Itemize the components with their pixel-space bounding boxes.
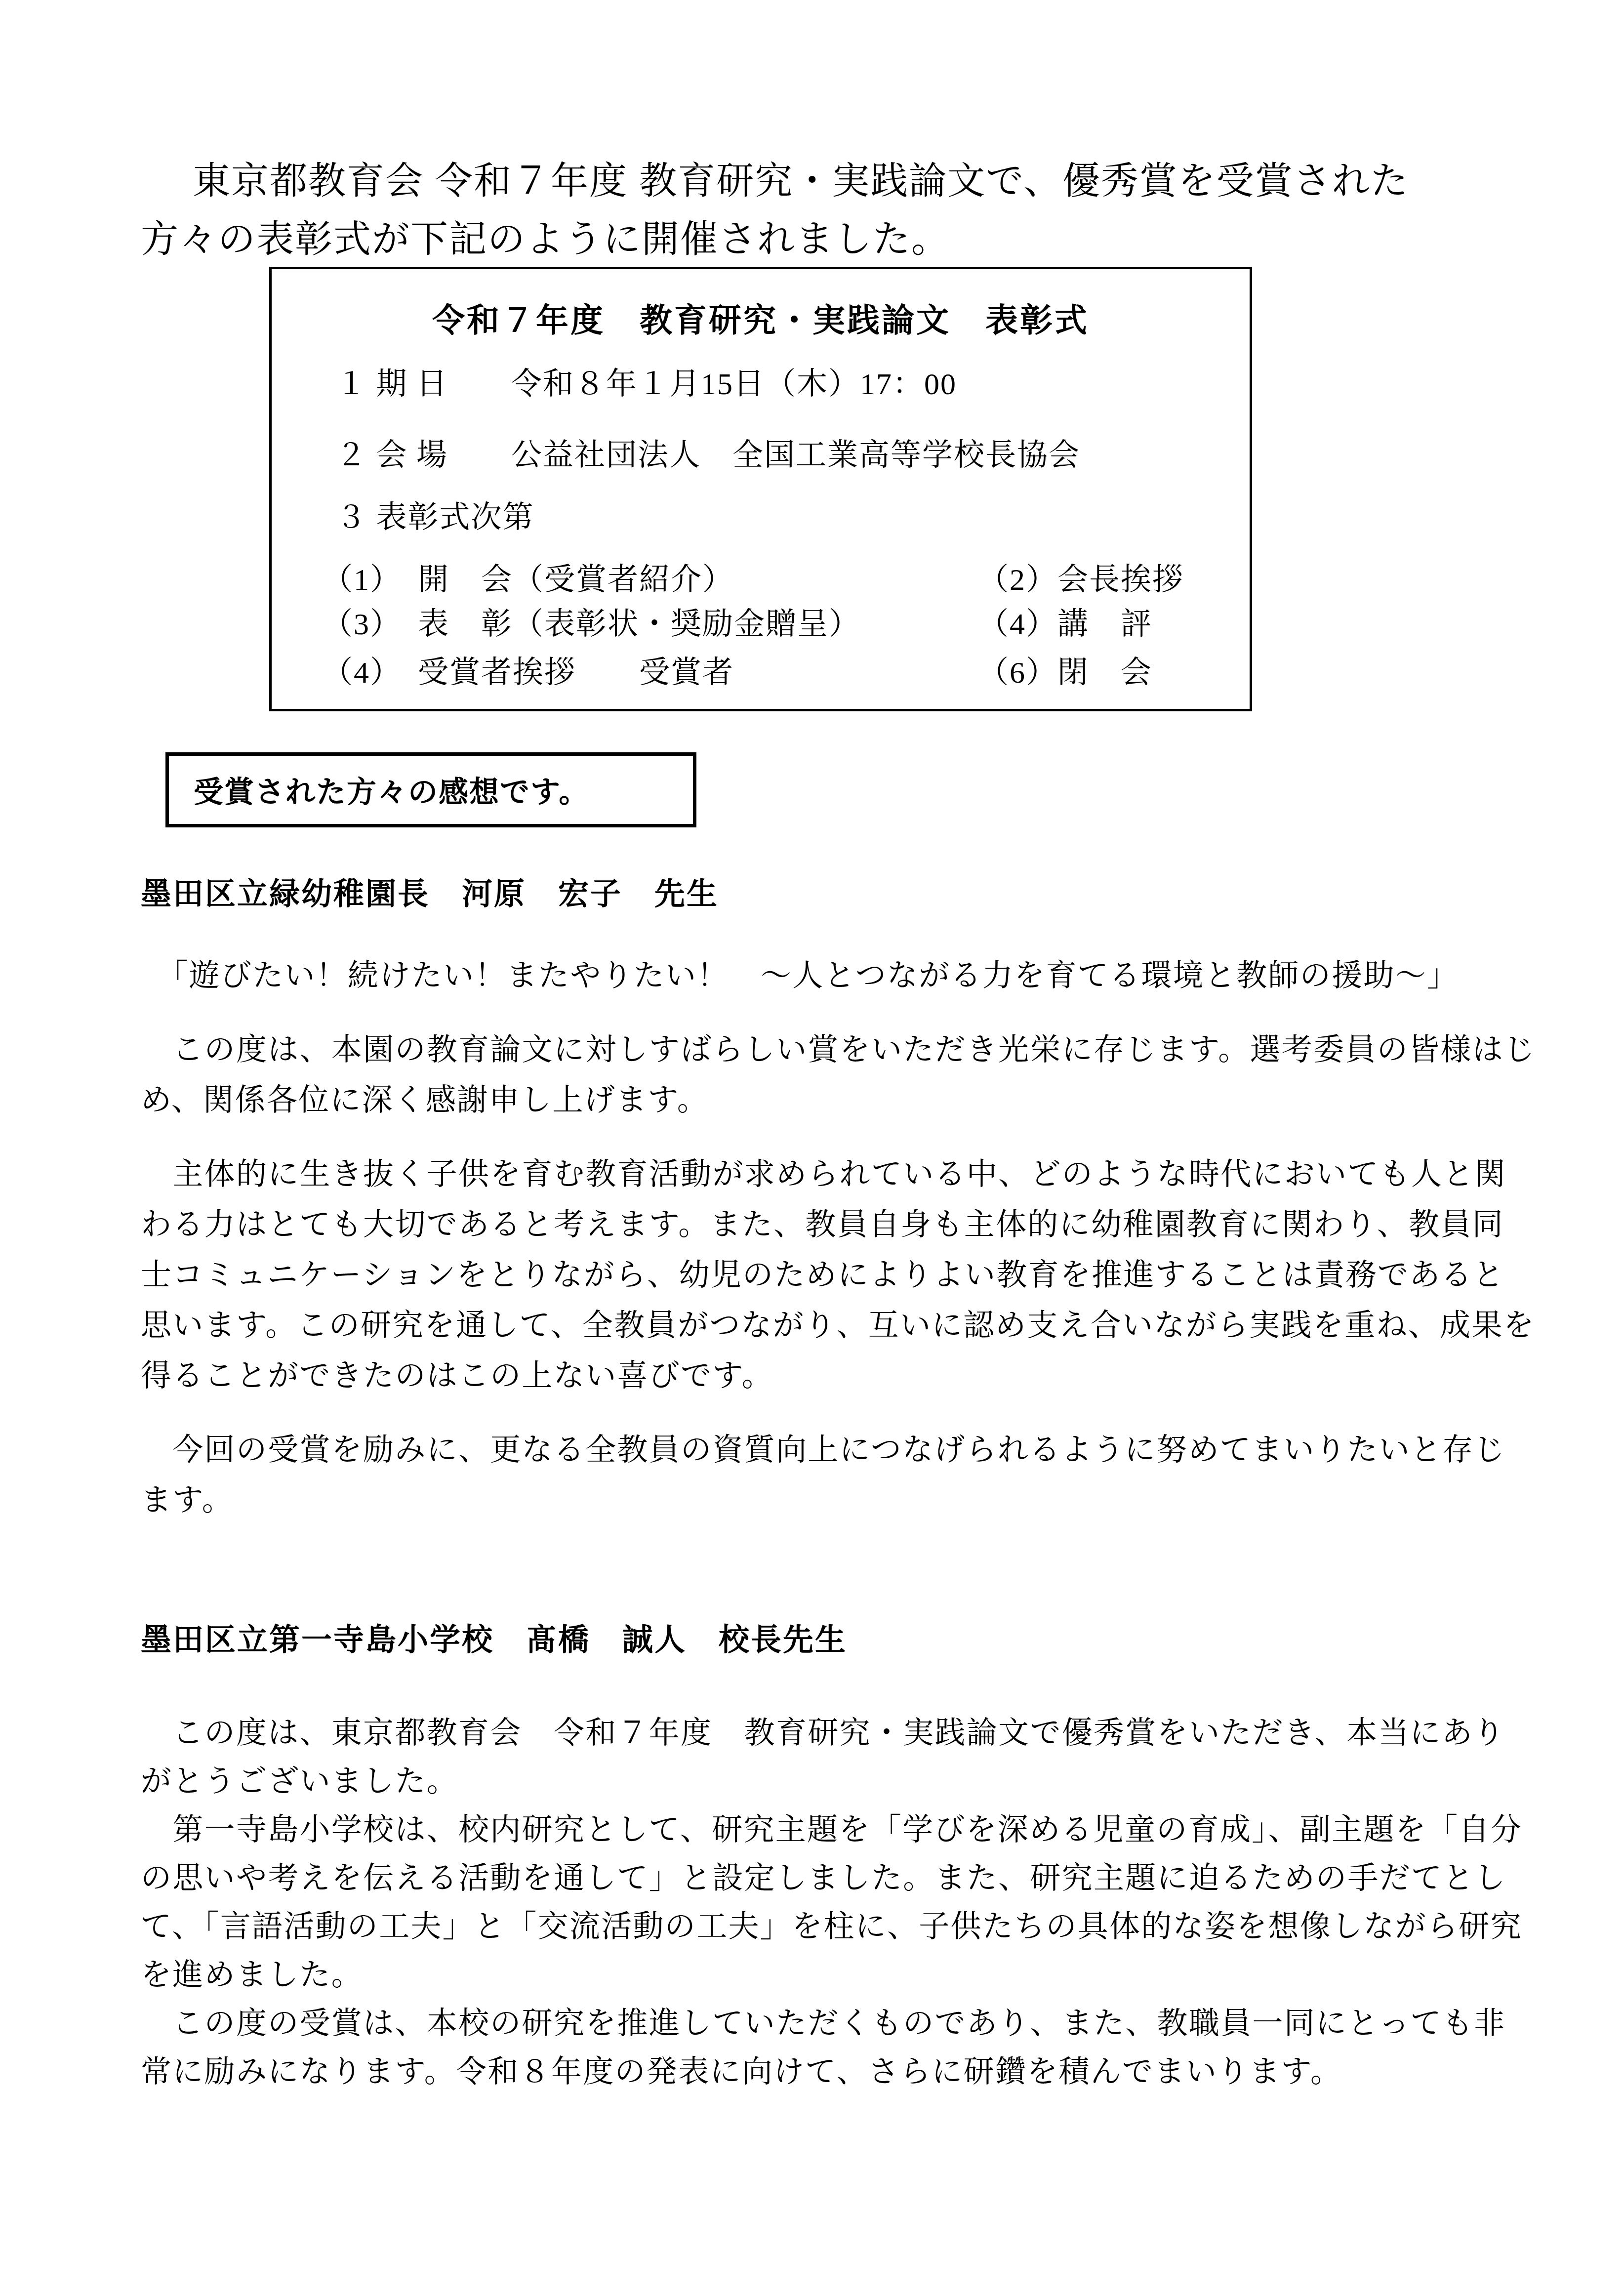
- text-line: 今回の受賞を励みに、更なる全教員の資質向上につなげられるように努めてまいりたいと…: [141, 1425, 1514, 1476]
- text-line: この度の受賞は、本校の研究を推進していただくものであり、また、教職員一同にとって…: [141, 2000, 1514, 2048]
- text-line: て、「言語活動の工夫」と「交流活動の工夫」を柱に、子供たちの具体的な姿を想像しな…: [141, 1903, 1514, 1951]
- text-line: 第一寺島小学校は、校内研究として、研究主題を「学びを深める児童の育成」、副主題を…: [141, 1806, 1514, 1854]
- paragraph: この度の受賞は、本校の研究を推進していただくものであり、また、教職員一同にとって…: [141, 2000, 1514, 2096]
- winner-section: 墨田区立第一寺島小学校 髙橋 誠人 校長先生 この度は、東京都教育会 令和７年度…: [141, 1623, 1514, 2096]
- paragraph: 今回の受賞を励みに、更なる全教員の資質向上につなげられるように努めてまいりたいと…: [141, 1425, 1514, 1526]
- winner-section: 墨田区立緑幼稚園長 河原 宏子 先生 「遊びたい！続けたい！またやりたい！ ～人…: [141, 877, 1514, 1526]
- feedback-label-box: 受賞された方々の感想です。: [165, 752, 696, 827]
- text-line: わる力はとても大切であると考えます。また、教員自身も主体的に幼稚園教育に関わり、…: [141, 1200, 1514, 1250]
- program-step: （1） 開 会（受賞者紹介）: [322, 563, 734, 597]
- paragraph: 主体的に生き抜く子供を育む教育活動が求められている中、どのような時代においても人…: [141, 1149, 1514, 1401]
- text-line: 得ることができたのはこの上ない喜びです。: [141, 1351, 1514, 1401]
- ceremony-title: 令和７年度 教育研究・実践論文 表彰式: [272, 294, 1250, 341]
- text-line: この度は、東京都教育会 令和７年度 教育研究・実践論文で優秀賞をいただき、本当に…: [141, 1709, 1514, 1758]
- ceremony-item-date: １ 期 日 令和８年１月15日（木）17：00: [336, 359, 957, 403]
- ceremony-item-venue: ２ 会 場 公益社団法人 全国工業高等学校長協会: [336, 430, 1080, 474]
- winner-heading: 墨田区立第一寺島小学校 髙橋 誠人 校長先生: [141, 1623, 1514, 1658]
- program-step: （6）閉 会: [978, 648, 1152, 692]
- text-line: がとうございました。: [141, 1758, 1514, 1806]
- text-line: 常に励みになります。令和８年度の発表に向けて、さらに研鑽を積んでまいります。: [141, 2048, 1514, 2096]
- paragraph: 第一寺島小学校は、校内研究として、研究主題を「学びを深める児童の育成」、副主題を…: [141, 1806, 1514, 2000]
- winner-heading: 墨田区立緑幼稚園長 河原 宏子 先生: [141, 877, 1514, 912]
- intro-text: 東京都教育会 令和７年度 教育研究・実践論文で、優秀賞を受賞された 方々の表彰式…: [141, 152, 1514, 269]
- ceremony-item-program: ３ 表彰式次第: [336, 492, 534, 536]
- text-line: 「遊びたい！続けたい！またやりたい！ ～人とつながる力を育てる環境と教師の援助～…: [141, 951, 1514, 1001]
- text-line: の思いや考えを伝える活動を通して」と設定しました。また、研究主題に迫るための手だ…: [141, 1854, 1514, 1903]
- winner-comments: この度は、東京都教育会 令和７年度 教育研究・実践論文で優秀賞をいただき、本当に…: [141, 1709, 1514, 2096]
- winner-comments: 「遊びたい！続けたい！またやりたい！ ～人とつながる力を育てる環境と教師の援助～…: [141, 951, 1514, 1526]
- winner-sections: 墨田区立緑幼稚園長 河原 宏子 先生 「遊びたい！続けたい！またやりたい！ ～人…: [141, 877, 1514, 2096]
- program-row: （4） 受賞者挨拶 受賞者 （6）閉 会: [322, 648, 1231, 692]
- document-page: 東京都教育会 令和７年度 教育研究・実践論文で、優秀賞を受賞された 方々の表彰式…: [0, 0, 1623, 2296]
- paragraph: 「遊びたい！続けたい！またやりたい！ ～人とつながる力を育てる環境と教師の援助～…: [141, 951, 1514, 1001]
- program-step: （4）講 評: [978, 599, 1152, 643]
- program-step: （4） 受賞者挨拶 受賞者: [322, 656, 734, 690]
- feedback-label: 受賞された方々の感想です。: [169, 769, 589, 811]
- program-row: （3） 表 彰（表彰状・奨励金贈呈） （4）講 評: [322, 599, 1231, 643]
- text-line: この度は、本園の教育論文に対しすばらしい賞をいただき光栄に存じます。選考委員の皆…: [141, 1025, 1514, 1075]
- text-line: め、関係各位に深く感謝申し上げます。: [141, 1075, 1514, 1126]
- program-step: （2）会長挨拶: [978, 555, 1184, 599]
- program-row: （1） 開 会（受賞者紹介） （2）会長挨拶: [322, 555, 1231, 599]
- paragraph: この度は、本園の教育論文に対しすばらしい賞をいただき光栄に存じます。選考委員の皆…: [141, 1025, 1514, 1126]
- program-step: （3） 表 彰（表彰状・奨励金贈呈）: [322, 608, 860, 641]
- text-line: 思います。この研究を通して、全教員がつながり、互いに認め支え合いながら実践を重ね…: [141, 1301, 1514, 1351]
- paragraph: この度は、東京都教育会 令和７年度 教育研究・実践論文で優秀賞をいただき、本当に…: [141, 1709, 1514, 1806]
- text-line: 主体的に生き抜く子供を育む教育活動が求められている中、どのような時代においても人…: [141, 1149, 1514, 1200]
- text-line: ます。: [141, 1476, 1514, 1526]
- intro-line: 東京都教育会 令和７年度 教育研究・実践論文で、優秀賞を受賞された: [141, 152, 1514, 210]
- text-line: を進めました。: [141, 1951, 1514, 2000]
- intro-line: 方々の表彰式が下記のように開催されました。: [141, 210, 1514, 269]
- ceremony-box: 令和７年度 教育研究・実践論文 表彰式 １ 期 日 令和８年１月15日（木）17…: [269, 267, 1252, 711]
- text-line: 士コミュニケーションをとりながら、幼児のためによりよい教育を推進することは責務で…: [141, 1250, 1514, 1301]
